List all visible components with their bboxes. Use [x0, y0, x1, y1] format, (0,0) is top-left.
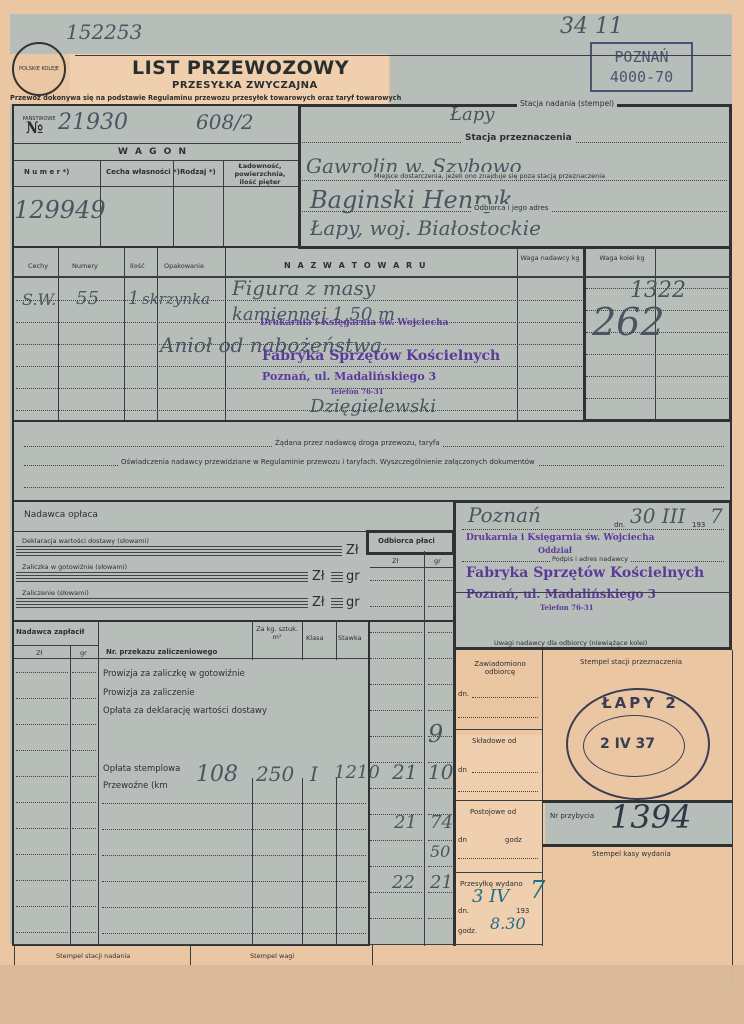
freight-check: 9: [428, 720, 443, 748]
legal-note: Przewóz dokonywa się na podstawie Regula…: [10, 94, 401, 102]
demurrage-day-label: dn: [458, 836, 467, 844]
dotted-line: [458, 717, 538, 718]
recipient-address: Łapy, woj. Białostockie: [310, 216, 541, 240]
dotted-line: [102, 907, 366, 908]
statements-label: Oświadczenia nadawcy przewidziane w Regu…: [118, 458, 538, 466]
goods-signature: Dzięgielewski: [310, 396, 436, 417]
dotted-line: [72, 854, 96, 855]
goods-packaging-value: skrzynka: [142, 290, 210, 308]
cash-advance-gr-lines: [331, 572, 343, 584]
charge-item-3: Opłata za deklarację wartości dostawy: [103, 706, 267, 716]
waybill-number-extra: 608/2: [196, 110, 254, 134]
sender-date-value: 30 III: [630, 504, 686, 528]
dotted-line: [370, 658, 422, 659]
arrival-no-value: 1394: [610, 798, 691, 836]
divider: [455, 592, 730, 593]
charge-item-1: Prowizja za zaliczkę w gotowiźnie: [103, 669, 245, 679]
dotted-line: [370, 866, 422, 867]
recipient-pays-gr: gr: [434, 557, 441, 565]
stamp-sign-line4: Poznań, ul. Madalińskiego 3: [466, 587, 656, 601]
divider: [98, 620, 99, 945]
cod-lines: [16, 598, 308, 610]
goods-quantity-value: 1: [128, 288, 139, 309]
sender-day-label: dn.: [614, 521, 625, 529]
dotted-line: [16, 300, 582, 301]
divider: [517, 248, 518, 420]
divider: [14, 944, 15, 966]
dotted-line: [458, 858, 538, 859]
dotted-line: [370, 840, 422, 841]
divider: [372, 944, 373, 966]
recipient-pays-zl: Zł: [392, 557, 398, 565]
freight-weight: 250: [256, 762, 294, 786]
dotted-line: [428, 840, 452, 841]
divider: [190, 944, 191, 966]
divider: [75, 55, 731, 56]
divider: [732, 650, 733, 980]
dotted-line: [428, 606, 452, 607]
sender-year-prefix: 193: [692, 521, 705, 529]
signature-label: Podpis i adres nadawcy: [550, 555, 630, 563]
weight-stamp-label: Stempel wagi: [250, 952, 294, 960]
cash-advance-zl: Zł: [312, 569, 325, 584]
per-unit-label: Za kg. sztuk. m²: [256, 625, 298, 641]
divider: [70, 645, 71, 945]
dotted-line: [102, 829, 366, 830]
dotted-line: [428, 710, 452, 711]
divider: [12, 160, 300, 161]
dest-stamp-station: ŁAPY 2: [602, 694, 679, 712]
dotted-line: [16, 802, 68, 803]
demurrage-label: Postojowe od: [470, 808, 516, 816]
dotted-line: [586, 398, 728, 399]
dotted-line: [24, 487, 724, 488]
route-label: Żądana przez nadawcę droga przewozu, tar…: [272, 439, 443, 447]
storage-day-label: dn: [458, 766, 467, 774]
stamp-sign-line2: Oddział: [538, 545, 572, 555]
divider: [370, 567, 455, 568]
document-title: LIST PRZEWOZOWY: [132, 57, 349, 79]
dotted-line: [472, 772, 538, 773]
goods-numbers-value: 55: [76, 288, 99, 309]
remittance-label: Nr. przekazu zaliczeniowego: [106, 648, 217, 656]
stamp-goods-line4: Poznań, ul. Madalińskiego 3: [262, 370, 436, 383]
goods-col-packaging: Opakowanie: [164, 262, 204, 270]
divider: [12, 186, 300, 187]
dotted-line: [428, 684, 452, 685]
divider: [12, 143, 300, 144]
sender-place: Poznań: [468, 503, 541, 527]
divider: [336, 620, 337, 660]
dotted-line: [370, 684, 422, 685]
dotted-line: [370, 736, 422, 737]
document-subtitle: PRZESYŁKA ZWYCZAJNA: [172, 80, 318, 91]
cod-gr: gr: [346, 595, 360, 610]
wagon-title: W A G O N: [118, 147, 188, 157]
dotted-line: [370, 632, 422, 633]
charge-item-stamp: Opłata stemplowa: [103, 764, 180, 774]
charge-item-freight: Przewoźne (km: [103, 781, 168, 791]
dotted-line: [16, 698, 68, 699]
number-label: №: [26, 118, 43, 137]
dotted-line: [72, 750, 96, 751]
dotted-line: [72, 776, 96, 777]
delivered-day-label: dn.: [458, 907, 469, 915]
delivered-day-value: 3 IV: [472, 886, 509, 907]
destination-station-label: Stacja przeznaczenia: [462, 133, 575, 143]
value-declaration-lines: [16, 546, 342, 558]
sender-paid-zl: Zł: [36, 649, 42, 657]
goods-col-railway-weight: Waga kolei kg: [592, 254, 652, 262]
divider: [14, 658, 368, 659]
origin-stamp-label: Stempel stacji nadania: [56, 952, 130, 960]
goods-col-numbers: Numery: [72, 262, 98, 270]
divider: [14, 944, 542, 945]
notified-label: Zawiadomiono odbiorcę: [466, 660, 534, 676]
cod-gr-lines: [331, 598, 343, 610]
divider: [302, 620, 303, 660]
dotted-line: [302, 180, 727, 181]
origin-station-value: Łapy: [450, 104, 494, 125]
dotted-line: [102, 933, 366, 934]
dotted-line: [72, 802, 96, 803]
railway-weight-2: 262: [592, 300, 665, 344]
delivered-hour-value: 8.30: [490, 914, 526, 933]
dotted-line: [370, 606, 422, 607]
freight-gr-1: 10: [428, 760, 453, 784]
divider: [173, 160, 174, 246]
dotted-line: [462, 529, 724, 530]
sender-pays-label: Nadawca opłaca: [24, 510, 98, 520]
dotted-line: [16, 672, 68, 673]
cash-advance-lines: [16, 572, 308, 584]
stamp-sign-line1: Drukarnia i Księgarnia św. Wojciecha: [466, 533, 655, 543]
dotted-line: [586, 354, 728, 355]
goods-col-sender-weight: Waga nadawcy kg: [520, 254, 580, 262]
divider: [455, 800, 542, 801]
divider: [455, 872, 542, 873]
dotted-line: [102, 855, 366, 856]
freight-zl-total: 22: [392, 872, 415, 893]
dotted-line: [428, 866, 452, 867]
storage-label: Składowe od: [472, 737, 517, 745]
wagon-col-type: Rodzaj *): [180, 168, 216, 176]
freight-zl-1: 21: [392, 760, 417, 784]
divider: [453, 650, 456, 946]
cash-advance-gr: gr: [346, 569, 360, 584]
cod-label: Zaliczenie (słowami): [22, 589, 89, 597]
wagon-col-owner: Cecha własności *): [106, 168, 180, 176]
dotted-line: [72, 672, 96, 673]
dotted-line: [72, 880, 96, 881]
wagon-col-capacity: Ładowność, powierzchnia, ilość pięter: [226, 162, 294, 186]
recipient-label: Odbiorca i jego adres: [472, 204, 551, 212]
rate-label: Stawka: [338, 634, 362, 642]
postal-stamp-line2: 4000-70: [592, 67, 691, 87]
cod-zl: Zł: [312, 595, 325, 610]
stamp-sign-line3: Fabryka Sprzętów Kościelnych: [466, 565, 704, 581]
cashier-stamp-label: Stempel kasy wydania: [592, 850, 671, 858]
dotted-line: [370, 918, 422, 919]
sender-paid-label: Nadawca zapłacił: [16, 628, 84, 636]
dotted-line: [428, 580, 452, 581]
dotted-line: [102, 803, 366, 804]
freight-gr-total: 21: [430, 872, 453, 893]
dotted-line: [370, 788, 422, 789]
origin-station-label: Stacja nadania (stempel): [517, 99, 617, 108]
dotted-line: [472, 697, 538, 698]
dotted-line: [16, 854, 68, 855]
divider: [455, 729, 542, 730]
dest-stamp-label: Stempel stacji przeznaczenia: [580, 658, 682, 666]
dotted-line: [16, 388, 582, 389]
freight-km: 108: [196, 762, 238, 787]
dotted-line: [370, 710, 422, 711]
dotted-line: [72, 724, 96, 725]
divider: [223, 160, 224, 246]
waybill-number: 21930: [58, 110, 128, 135]
notified-day-label: dn.: [458, 690, 469, 698]
stamp-goods-line3: Fabryka Sprzętów Kościelnych: [262, 348, 500, 364]
dotted-line: [16, 724, 68, 725]
arrival-no-label: Nr przybycia: [550, 812, 594, 820]
dotted-line: [458, 791, 538, 792]
sender-year-suffix: 7: [710, 504, 723, 528]
charge-item-2: Prowizja za zaliczenie: [103, 688, 195, 698]
cash-advance-label: Zaliczka w gotowiźnie (słowami): [22, 563, 127, 571]
divider: [157, 248, 158, 420]
dotted-line: [586, 376, 728, 377]
class-label: Klasa: [306, 634, 323, 642]
goods-marks-value: S.W.: [22, 290, 56, 309]
value-declaration-label: Deklaracja wartości dostawy (słowami): [22, 537, 149, 545]
delivered-hour-label: godz.: [458, 927, 477, 935]
dotted-line: [370, 580, 422, 581]
tape-strip: [0, 965, 744, 1024]
sender-paid-gr: gr: [80, 649, 87, 657]
dotted-line: [16, 410, 582, 411]
divider: [124, 248, 125, 420]
remarks-label: Uwagi nadawcy dla odbiorcy (niewiążące k…: [494, 639, 647, 647]
goods-col-name: N A Z W A T O W A R U: [284, 261, 427, 270]
stamp-goods-line1: Drukarnia i Księgarnia św. Wojciecha: [260, 318, 449, 328]
divider: [14, 645, 98, 646]
divider: [12, 531, 368, 532]
postal-stamp: POZNAŃ4000-70: [590, 42, 693, 92]
freight-gr-2: 74: [430, 812, 453, 833]
dotted-line: [72, 932, 96, 933]
dotted-line: [16, 366, 582, 367]
dotted-line: [16, 776, 68, 777]
dotted-line: [16, 828, 68, 829]
dotted-line: [428, 788, 452, 789]
freight-class: I: [310, 762, 318, 786]
wagon-number-value: 129949: [14, 196, 106, 224]
stamp-sign-line5: Telefon 76-31: [540, 603, 594, 612]
divider: [58, 248, 59, 420]
dotted-line: [16, 750, 68, 751]
serial-number: 152253: [66, 20, 142, 44]
delivered-year-suffix: 7: [530, 876, 545, 904]
dotted-line: [428, 658, 452, 659]
corner-note: 34 11: [560, 14, 623, 39]
goods-col-marks: Cechy: [28, 262, 48, 270]
dotted-line: [72, 698, 96, 699]
dotted-line: [428, 918, 452, 919]
dotted-line: [72, 828, 96, 829]
freight-gr-3: 50: [430, 842, 450, 861]
divider: [542, 844, 732, 847]
freight-zl-2: 21: [394, 812, 417, 833]
freight-rate: 1210: [334, 762, 380, 783]
goods-name-line1: Figura z masy: [232, 276, 375, 300]
dotted-line: [428, 632, 452, 633]
dotted-line: [72, 906, 96, 907]
divider: [252, 620, 253, 660]
goods-col-quantity: Ilość: [130, 262, 145, 270]
wagon-col-number: N u m e r *): [24, 168, 69, 176]
demurrage-hour-label: godz: [505, 836, 522, 844]
value-declaration-zl: Zł: [346, 543, 359, 558]
recipient-pays-label: Odbiorca płaci: [378, 537, 435, 545]
dotted-line: [16, 906, 68, 907]
stamp-goods-line5: Telefon 76-31: [330, 387, 384, 396]
dotted-line: [16, 880, 68, 881]
pkp-seal-icon: POLSKIE KOLEJE PAŃSTWOWE: [12, 42, 66, 96]
dotted-line: [16, 932, 68, 933]
dest-stamp-date: 2 IV 37: [600, 736, 655, 752]
delivery-place-label: Miejsce dostarczenia, jeżeli ono znajduj…: [372, 172, 607, 180]
divider: [424, 551, 425, 946]
dotted-line: [102, 881, 366, 882]
postal-stamp-line1: POZNAŃ: [592, 47, 691, 67]
